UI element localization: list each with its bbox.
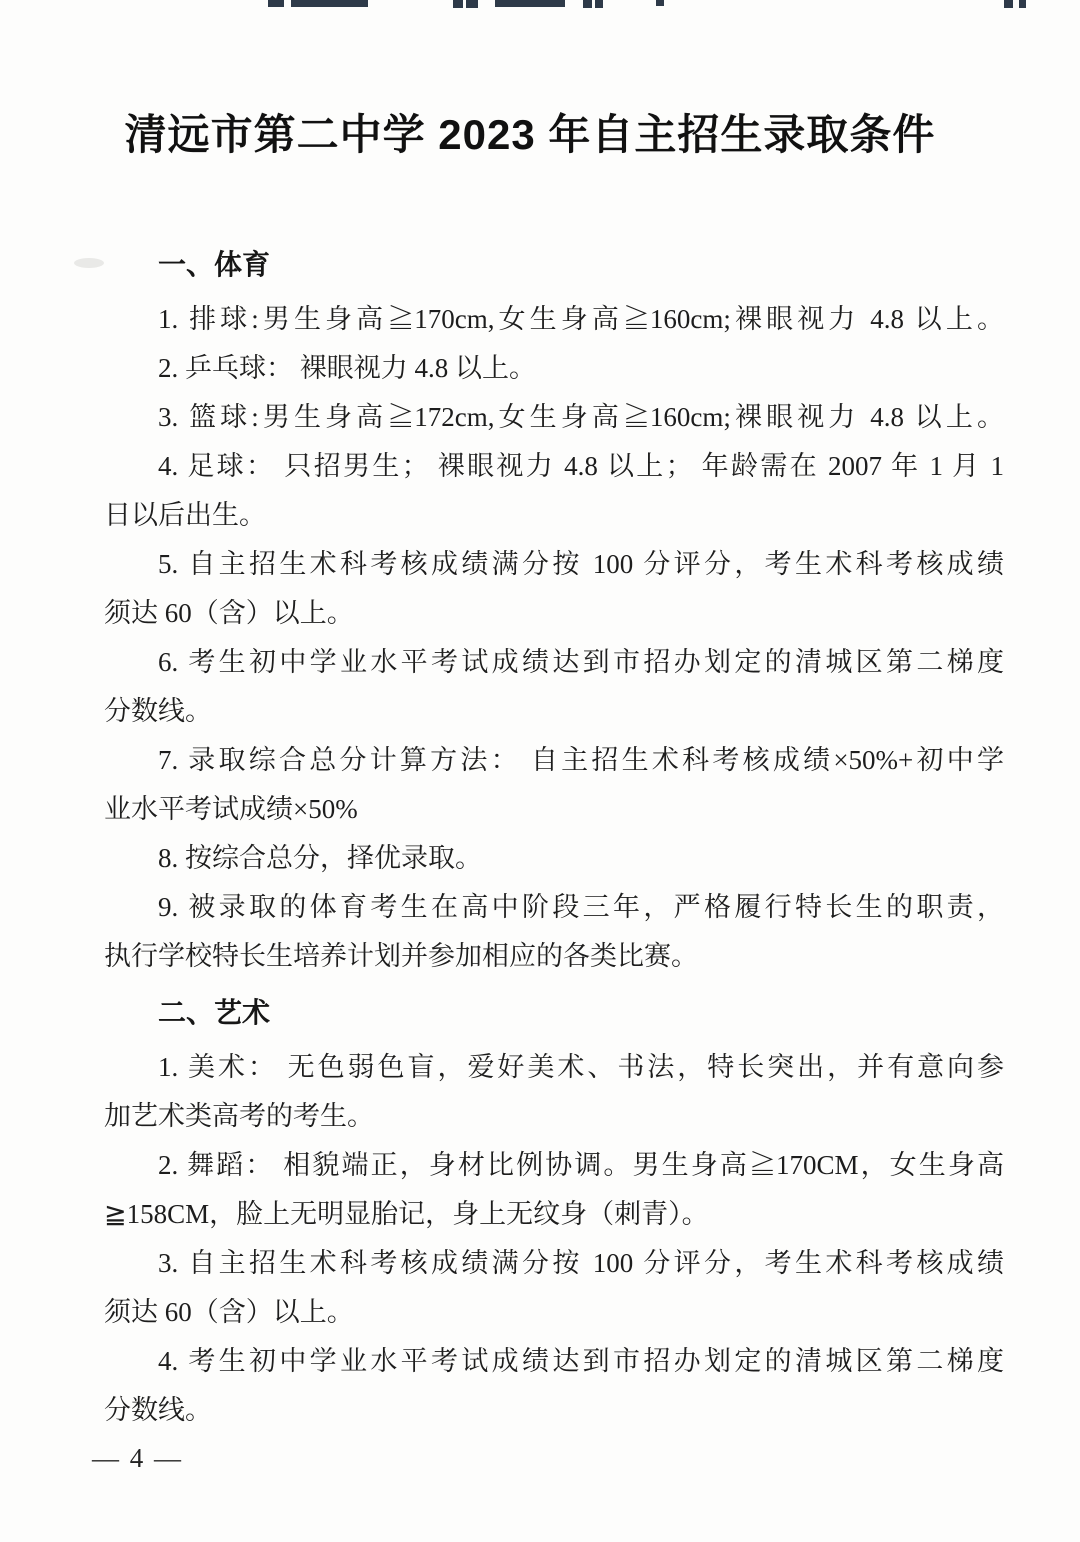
arts-item-3-line-2: 须达 60（含）以上。 bbox=[104, 1288, 1004, 1337]
fragment-bar bbox=[291, 0, 368, 7]
arts-item-4-line-2: 分数线。 bbox=[104, 1386, 1004, 1435]
fragment-mark bbox=[466, 0, 478, 8]
sports-item-4-line-2: 日以后出生。 bbox=[104, 491, 1004, 540]
sports-item-8-line-1: 8. 按综合总分，择优录取。 bbox=[104, 834, 1004, 883]
sports-item-6-line-2: 分数线。 bbox=[104, 687, 1004, 736]
arts-item-2-line-1: 2. 舞蹈： 相貌端正，身材比例协调。男生身高≧170CM，女生身高 bbox=[104, 1141, 1004, 1190]
section-heading-arts: 二、艺术 bbox=[158, 996, 1004, 1030]
section-heading-sports: 一、体育 bbox=[158, 248, 1004, 282]
fragment-mark bbox=[453, 0, 463, 8]
page-number: — 4 — bbox=[92, 1443, 1080, 1473]
fragment-mark bbox=[1019, 0, 1026, 8]
document-page: 清远市第二中学 2023 年自主招生录取条件 一、体育 1. 排球:男生身高≧1… bbox=[0, 0, 1080, 1542]
arts-item-3-line-1: 3. 自主招生术科考核成绩满分按 100 分评分，考生术科考核成绩 bbox=[104, 1239, 1004, 1288]
arts-item-2-line-2: ≧158CM，脸上无明显胎记，身上无纹身（刺青）。 bbox=[104, 1190, 1004, 1239]
arts-item-4-line-1: 4. 考生初中学业水平考试成绩达到市招办划定的清城区第二梯度 bbox=[104, 1337, 1004, 1386]
sports-item-7-line-2: 业水平考试成绩×50% bbox=[104, 785, 1004, 834]
sports-item-9-line-2: 执行学校特长生培养计划并参加相应的各类比赛。 bbox=[104, 932, 1004, 981]
page-title: 清远市第二中学 2023 年自主招生录取条件 bbox=[50, 112, 1010, 158]
sports-item-5-line-1: 5. 自主招生术科考核成绩满分按 100 分评分，考生术科考核成绩 bbox=[104, 540, 1004, 589]
fragment-mark bbox=[595, 0, 603, 8]
arts-item-1-line-2: 加艺术类高考的考生。 bbox=[104, 1092, 1004, 1141]
fragment-mark bbox=[656, 0, 664, 6]
sports-item-7-line-1: 7. 录取综合总分计算方法： 自主招生术科考核成绩×50%+初中学 bbox=[104, 736, 1004, 785]
sports-item-2-line-1: 2. 乒乓球： 裸眼视力 4.8 以上。 bbox=[104, 344, 1004, 393]
scan-smudge bbox=[74, 258, 104, 268]
sports-item-1-line-1: 1. 排球:男生身高≧170cm,女生身高≧160cm;裸眼视力 4.8 以上。 bbox=[104, 295, 1004, 344]
fragment-mark bbox=[1004, 0, 1013, 8]
sports-item-5-line-2: 须达 60（含）以上。 bbox=[104, 589, 1004, 638]
fragment-bar bbox=[268, 0, 284, 7]
document-body: 一、体育 1. 排球:男生身高≧170cm,女生身高≧160cm;裸眼视力 4.… bbox=[104, 248, 1004, 1435]
arts-item-1-line-1: 1. 美术： 无色弱色盲，爱好美术、书法，特长突出，并有意向参 bbox=[104, 1043, 1004, 1092]
fragment-bar bbox=[495, 0, 565, 7]
sports-item-6-line-1: 6. 考生初中学业水平考试成绩达到市招办划定的清城区第二梯度 bbox=[104, 638, 1004, 687]
sports-item-3-line-1: 3. 篮球:男生身高≧172cm,女生身高≧160cm;裸眼视力 4.8 以上。 bbox=[104, 393, 1004, 442]
sports-item-4-line-1: 4. 足球： 只招男生； 裸眼视力 4.8 以上； 年龄需在 2007 年 1 … bbox=[104, 442, 1004, 491]
fragment-mark bbox=[583, 0, 592, 8]
sports-item-9-line-1: 9. 被录取的体育考生在高中阶段三年，严格履行特长生的职责， bbox=[104, 883, 1004, 932]
